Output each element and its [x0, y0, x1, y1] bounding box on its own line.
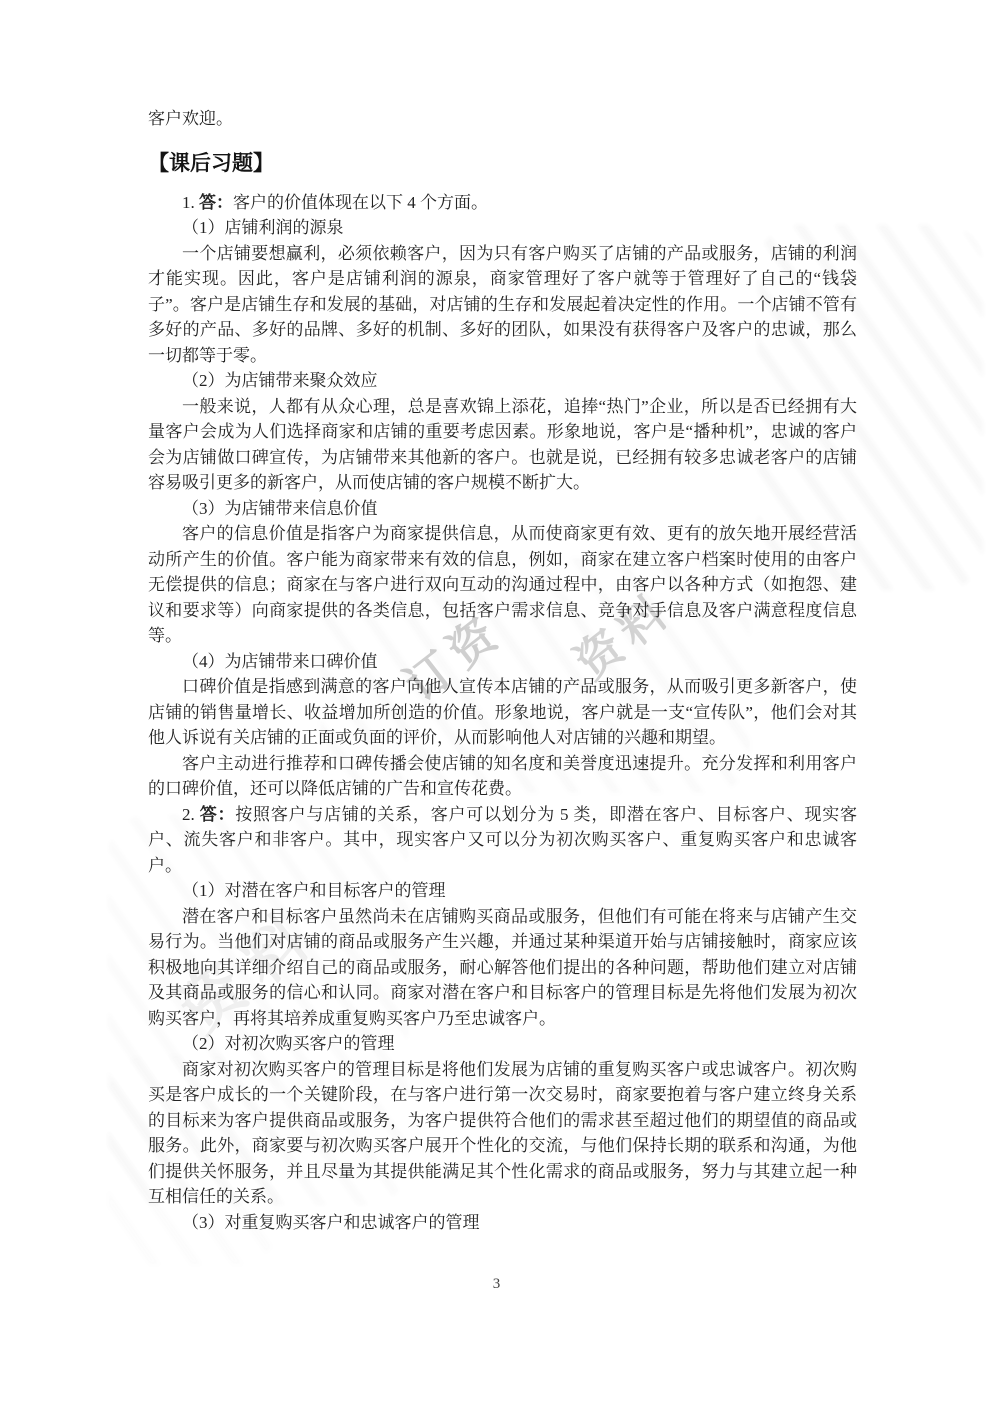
page-number: 3 — [0, 1276, 993, 1293]
answer-2-sub-1: （1）对潜在客户和目标客户的管理 — [148, 878, 857, 904]
answer-label: 答： — [200, 805, 236, 824]
answer-2-sub-1-body: 潜在客户和目标客户虽然尚未在店铺购买商品或服务，但他们有可能在将来与店铺产生交易… — [148, 904, 857, 1032]
answer-2: 2. 答：按照客户与店铺的关系，客户可以划分为 5 类，即潜在客户、目标客户、现… — [148, 802, 857, 879]
answer-2-sub-3: （3）对重复购买客户和忠诚客户的管理 — [148, 1210, 857, 1236]
answer-2-sub-2-body: 商家对初次购买客户的管理目标是将他们发展为店铺的重复购买客户或忠诚客户。初次购买… — [148, 1057, 857, 1210]
answer-1-sub-3-body: 客户的信息价值是指客户为商家提供信息，从而使商家更有效、更有的放矢地开展经营活动… — [148, 521, 857, 649]
answer-1-sub-1: （1）店铺利润的源泉 — [148, 215, 857, 241]
answer-1: 1. 答：客户的价值体现在以下 4 个方面。 — [148, 190, 857, 216]
document-body: 客户欢迎。【课后习题】1. 答：客户的价值体现在以下 4 个方面。（1）店铺利润… — [148, 106, 857, 1235]
answer-1-sub-4-body: 口碑价值是指感到满意的客户向他人宣传本店铺的产品或服务，从而吸引更多新客户，使店… — [148, 674, 857, 751]
intro-continuation-line: 客户欢迎。 — [148, 106, 857, 132]
answer-1-sub-2-body: 一般来说，人都有从众心理，总是喜欢锦上添花，追捧“热门”企业，所以是否已经拥有大… — [148, 394, 857, 496]
answer-1-sub-1-body: 一个店铺要想赢利，必须依赖客户，因为只有客户购买了店铺的产品或服务，店铺的利润才… — [148, 241, 857, 369]
answer-1-sub-3: （3）为店铺带来信息价值 — [148, 496, 857, 522]
answer-2-sub-2: （2）对初次购买客户的管理 — [148, 1031, 857, 1057]
answer-1-sub-4: （4）为店铺带来口碑价值 — [148, 649, 857, 675]
document-page: 订资 资料 资料 客户欢迎。【课后习题】1. 答：客户的价值体现在以下 4 个方… — [0, 0, 993, 1404]
answer-1-sub-4-body-2: 客户主动进行推荐和口碑传播会使店铺的知名度和美誉度迅速提升。充分发挥和利用客户的… — [148, 751, 857, 802]
answer-label: 答： — [199, 193, 233, 212]
answer-1-sub-2: （2）为店铺带来聚众效应 — [148, 368, 857, 394]
exercises-heading: 【课后习题】 — [148, 149, 857, 177]
